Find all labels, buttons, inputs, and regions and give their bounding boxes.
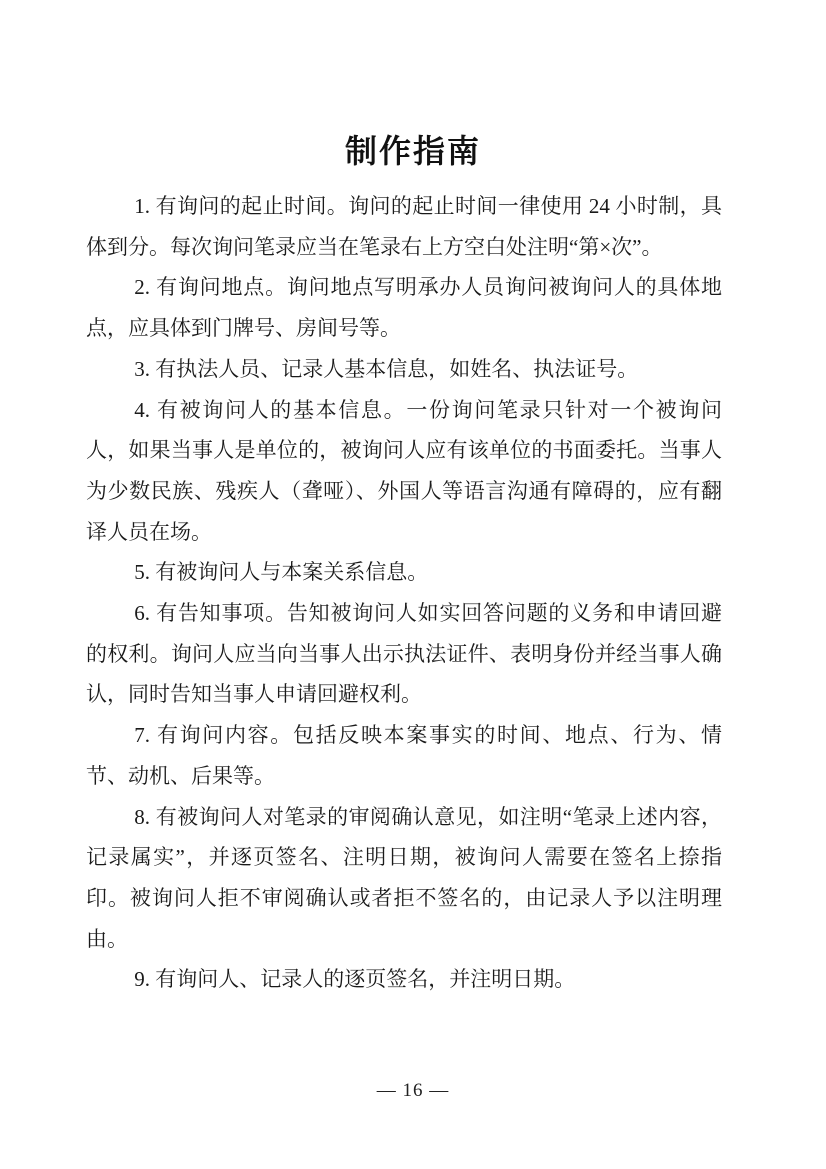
document-body: 1. 有询问的起止时间。询问的起止时间一律使用 24 小时制，具体到分。每次询问… bbox=[86, 186, 722, 1000]
paragraph-5: 5. 有被询问人与本案关系信息。 bbox=[86, 552, 722, 593]
paragraph-8: 8. 有被询问人对笔录的审阅确认意见，如注明“笔录上述内容，记录属实”，并逐页签… bbox=[86, 797, 722, 960]
page-footer: — 16 — bbox=[0, 1080, 826, 1102]
paragraph-4: 4. 有被询问人的基本信息。一份询问笔录只针对一个被询问人，如果当事人是单位的，… bbox=[86, 390, 722, 553]
paragraph-6: 6. 有告知事项。告知被询问人如实回答问题的义务和申请回避的权利。询问人应当向当… bbox=[86, 593, 722, 715]
paragraph-9: 9. 有询问人、记录人的逐页签名，并注明日期。 bbox=[86, 959, 722, 1000]
paragraph-3: 3. 有执法人员、记录人基本信息，如姓名、执法证号。 bbox=[86, 349, 722, 390]
page-title: 制作指南 bbox=[0, 0, 826, 169]
page-number: — 16 — bbox=[377, 1080, 450, 1101]
document-page: 制作指南 1. 有询问的起止时间。询问的起止时间一律使用 24 小时制，具体到分… bbox=[0, 0, 826, 1169]
paragraph-7: 7. 有询问内容。包括反映本案事实的时间、地点、行为、情节、动机、后果等。 bbox=[86, 715, 722, 796]
paragraph-2: 2. 有询问地点。询问地点写明承办人员询问被询问人的具体地点，应具体到门牌号、房… bbox=[86, 267, 722, 348]
paragraph-1: 1. 有询问的起止时间。询问的起止时间一律使用 24 小时制，具体到分。每次询问… bbox=[86, 186, 722, 267]
